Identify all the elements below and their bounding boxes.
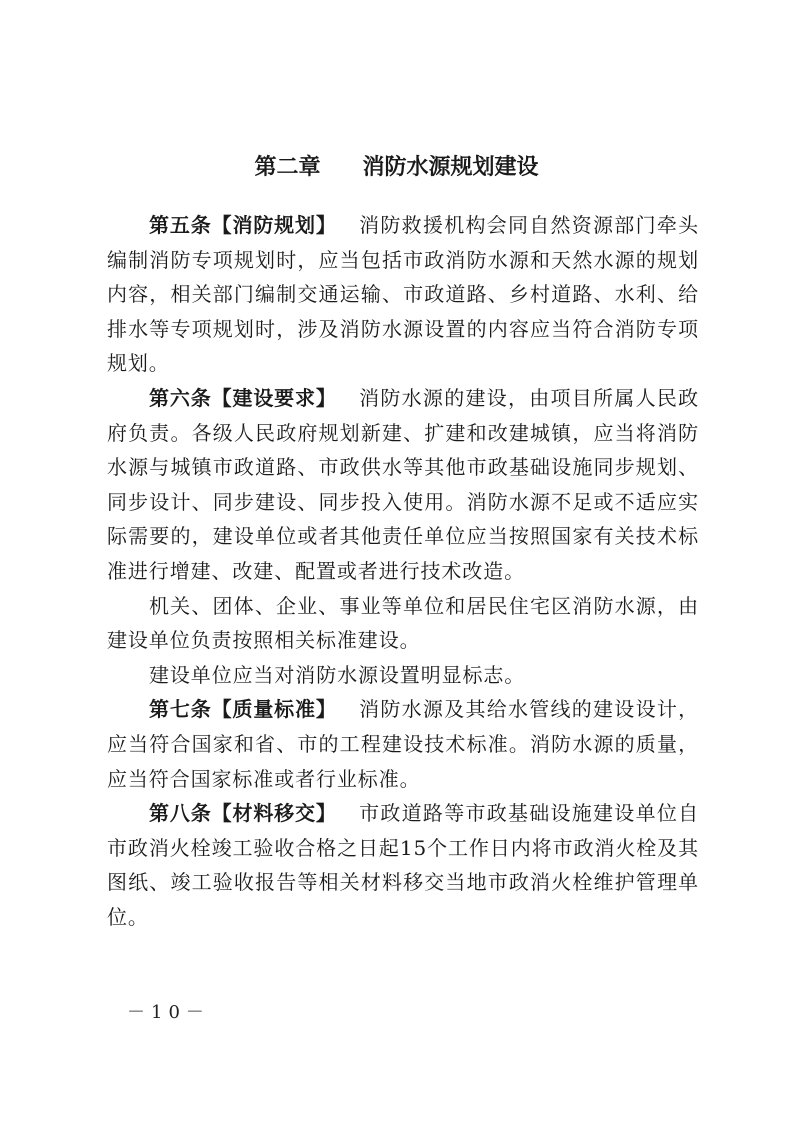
page-number: －10－ xyxy=(127,998,210,1024)
article-7-label: 第七条【质量标准】 xyxy=(149,697,337,721)
article-7-paragraph: 第七条【质量标准】消防水源及其给水管线的建设设计，应当符合国家和省、市的工程建设… xyxy=(107,692,699,796)
chapter-number: 第二章 xyxy=(254,155,320,180)
article-5-label: 第五条【消防规划】 xyxy=(149,213,337,237)
article-6-paragraph-3: 建设单位应当对消防水源设置明显标志。 xyxy=(107,658,699,693)
article-6-text: 消防水源的建设，由项目所属人民政府负责。各级人民政府规划新建、扩建和改建城镇，应… xyxy=(107,386,699,583)
article-8-paragraph: 第八条【材料移交】市政道路等市政基础设施建设单位自市政消火栓竣工验收合格之日起1… xyxy=(107,796,699,934)
article-5-text: 消防救援机构会同自然资源部门牵头编制消防专项规划时，应当包括市政消防水源和天然水… xyxy=(107,213,699,375)
document-body: 第五条【消防规划】消防救援机构会同自然资源部门牵头编制消防专项规划时，应当包括市… xyxy=(107,208,699,934)
article-8-label: 第八条【材料移交】 xyxy=(149,801,337,825)
article-6-paragraph-2: 机关、团体、企业、事业等单位和居民住宅区消防水源，由建设单位负责按照相关标准建设… xyxy=(107,589,699,658)
chapter-name: 消防水源规划建设 xyxy=(363,155,539,180)
chapter-title: 第二章消防水源规划建设 xyxy=(0,150,793,181)
document-page: 第二章消防水源规划建设 第五条【消防规划】消防救援机构会同自然资源部门牵头编制消… xyxy=(0,0,793,1122)
article-6-paragraph: 第六条【建设要求】消防水源的建设，由项目所属人民政府负责。各级人民政府规划新建、… xyxy=(107,381,699,589)
article-6-label: 第六条【建设要求】 xyxy=(149,386,337,410)
article-5-paragraph: 第五条【消防规划】消防救援机构会同自然资源部门牵头编制消防专项规划时，应当包括市… xyxy=(107,208,699,381)
